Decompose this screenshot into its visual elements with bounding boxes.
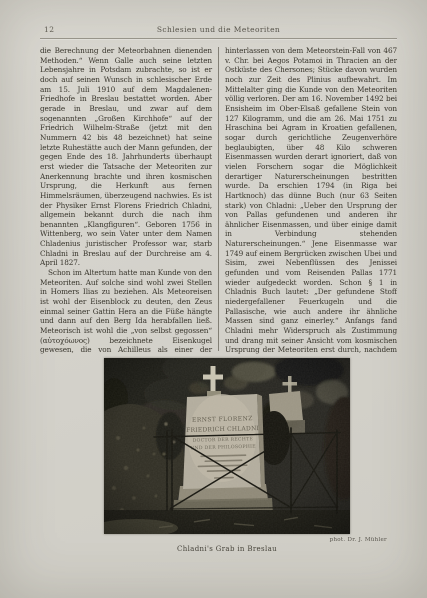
left-column: die Berechnung der Meteorbahnen dienende… (40, 46, 212, 355)
grave-photo: ERNST FLORENZ FRIEDRICH CHLADNI DOCTOR D… (104, 358, 350, 534)
book-page: 12 Schlesien und die Meteoriten die Bere… (0, 0, 427, 598)
body-paragraph: die Berechnung der Meteorbahnen dienende… (40, 46, 212, 268)
body-paragraph: Schon im Altertum hatte man Kunde von de… (40, 268, 212, 355)
photo-caption: Chladni's Grab in Breslau (104, 545, 350, 553)
photo-vignette (104, 358, 350, 534)
grave-photo-image: ERNST FLORENZ FRIEDRICH CHLADNI DOCTOR D… (104, 358, 350, 534)
column-divider (218, 47, 219, 351)
text-columns: die Berechnung der Meteorbahnen dienende… (40, 46, 397, 355)
right-column: hinterlassen von dem Meteorstein-Fall vo… (225, 46, 397, 355)
page-header: 12 Schlesien und die Meteoriten (40, 25, 397, 36)
running-title: Schlesien und die Meteoriten (40, 25, 397, 34)
body-paragraph: hinterlassen von dem Meteorstein-Fall vo… (225, 46, 397, 355)
photo-credit: phot. Dr. J. Mühler (330, 537, 387, 543)
header-rule (40, 38, 397, 39)
